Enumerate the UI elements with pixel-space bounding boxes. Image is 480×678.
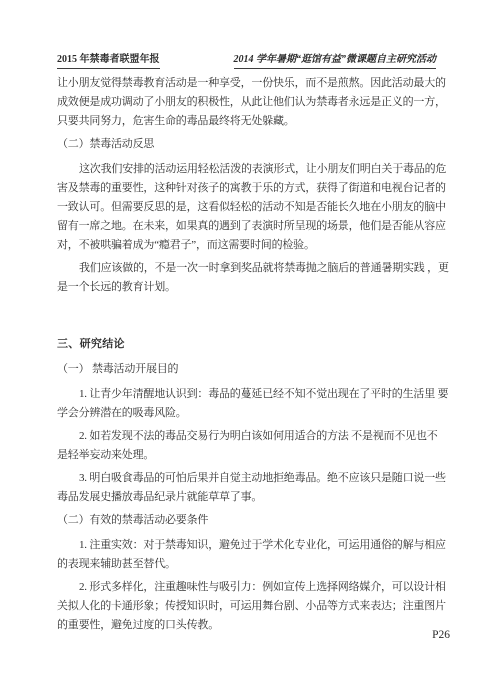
text-line: 2. 形式多样化，注重趣味性与吸引力：例如宣传上选择网络媒介，可以设计相	[57, 578, 443, 597]
text-line: 害及禁毒的重要性，这种针对孩子的寓教于乐的方式，获得了街道和电视台记者的	[57, 179, 443, 198]
text-line: 学会分辨潜在的吸毒风险。	[57, 404, 443, 423]
document-body: 让小朋友觉得禁毒教育活动是一种享受，一份快乐，而不是煎熬。因此活动最大的 成效便…	[57, 74, 443, 635]
text-line: 毒品发展史播放毒品纪录片就能草草了事。	[57, 488, 443, 507]
text-line: 是一个长远的教育计划。	[57, 278, 443, 297]
text-line: 对，不被哄骗着成为“瘾君子”，而这需要时间的检验。	[57, 236, 443, 255]
numbered-item: 3. 明白吸食毒品的可怕后果并自觉主动地拒绝毒品。绝不应该只是随口说一些 毒品发…	[57, 469, 443, 507]
text-line: 关拟人化的卡通形象；传授知识时，可运用舞台剧、小品等方式来表达；注重图片	[57, 597, 443, 616]
heading-line: 三、研究结论	[57, 335, 443, 354]
numbered-item: 1. 注重实效：对于禁毒知识，避免过于学术化专业化，可运用通俗的解与相应 的表现…	[57, 536, 443, 574]
text-line: 成效便是成功调动了小朋友的积极性，从此让他们认为禁毒者永远是正义的一方，	[57, 93, 443, 112]
header-left-title: 2015 年禁毒者联盟年报	[57, 50, 160, 69]
text-line: 的表现来辅助甚至替代。	[57, 555, 443, 574]
text-line: 一致认可。但需要反思的是，这看似轻松的活动不知是否能长久地在小朋友的脑中	[57, 198, 443, 217]
text-line: 是轻举妄动来处理。	[57, 446, 443, 465]
numbered-item: 1. 让青少年清醒地认识到：毒品的蔓延已经不知不觉出现在了平时的生活里 要 学会…	[57, 385, 443, 423]
document-page: 2015 年禁毒者联盟年报 2014 学年暑期“逛馆有益”微课题自主研究活动 让…	[0, 0, 480, 678]
header-right-title: 2014 学年暑期“逛馆有益”微课题自主研究活动	[234, 50, 437, 69]
text-line: 1. 注重实效：对于禁毒知识，避免过于学术化专业化，可运用通俗的解与相应	[57, 536, 443, 555]
text-line: 3. 明白吸食毒品的可怕后果并自觉主动地拒绝毒品。绝不应该只是随口说一些	[57, 469, 443, 488]
sub-heading: （二）有效的禁毒活动必要条件	[57, 511, 443, 530]
page-number: P26	[432, 629, 450, 641]
numbered-item: 2. 形式多样化，注重趣味性与吸引力：例如宣传上选择网络媒介，可以设计相 关拟人…	[57, 578, 443, 635]
heading-line: （二）禁毒活动反思	[57, 135, 443, 154]
text-line: 只要共同努力，危害生命的毒品最终将无处躲藏。	[57, 112, 443, 131]
sub-heading: （一） 禁毒活动开展目的	[57, 360, 443, 379]
text-line: 1. 让青少年清醒地认识到：毒品的蔓延已经不知不觉出现在了平时的生活里 要	[57, 385, 443, 404]
sub-heading: （二）禁毒活动反思	[57, 135, 443, 154]
heading-line: （一） 禁毒活动开展目的	[57, 360, 443, 379]
text-line: 2. 如若发现不法的毒品交易行为明白该如何用适合的方法 不是视而不见也不	[57, 427, 443, 446]
paragraph-continuation: 让小朋友觉得禁毒教育活动是一种享受，一份快乐，而不是煎熬。因此活动最大的 成效便…	[57, 74, 443, 131]
text-line: 的重要性，避免过度的口头传教。	[57, 616, 443, 635]
text-line: 让小朋友觉得禁毒教育活动是一种享受，一份快乐，而不是煎熬。因此活动最大的	[57, 74, 443, 93]
heading-line: （二）有效的禁毒活动必要条件	[57, 511, 443, 530]
page-header: 2015 年禁毒者联盟年报 2014 学年暑期“逛馆有益”微课题自主研究活动	[57, 50, 436, 69]
section-heading: 三、研究结论	[57, 335, 443, 354]
numbered-item: 2. 如若发现不法的毒品交易行为明白该如何用适合的方法 不是视而不见也不 是轻举…	[57, 427, 443, 465]
text-line: 这次我们安排的活动运用轻松活泼的表演形式，让小朋友们明白关于毒品的危	[57, 160, 443, 179]
paragraph: 这次我们安排的活动运用轻松活泼的表演形式，让小朋友们明白关于毒品的危 害及禁毒的…	[57, 160, 443, 255]
paragraph: 我们应该做的，不是一次一时拿到奖品就将禁毒抛之脑后的普通暑期实践 ，更 是一个长…	[57, 259, 443, 297]
text-line: 留有一席之地。在未来，如果真的遇到了表演时所呈现的场景，他们是否能从容应	[57, 217, 443, 236]
text-line: 我们应该做的，不是一次一时拿到奖品就将禁毒抛之脑后的普通暑期实践 ，更	[57, 259, 443, 278]
